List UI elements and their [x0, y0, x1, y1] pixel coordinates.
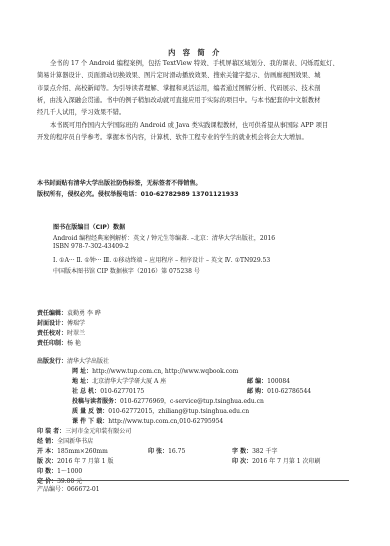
credit-printing: 责任印制：杨 艳 [37, 330, 81, 349]
text-line: 开发的程序员自学参考。掌握本书内容，计算机、软件工程专业的学生的就业机会将会大大… [37, 132, 349, 144]
summary-title: 内 容 简 介 [0, 48, 390, 58]
text-line: 析，由浅入深融会贯通。书中的例子稍加改动就可直接应用于实际的项目中。与本书配套的… [37, 95, 349, 107]
text-line: 经几千人试用，学习效果不错。 [37, 107, 349, 119]
cip-line-isbn: ISBN 978-7-302-43409-2 [53, 243, 129, 250]
text-line: 本书既可用作国内大学国际班的 Android 或 Java 类实践课程教材，也可… [37, 120, 349, 132]
cip-heading: 图书在版编目（CIP）数据 [53, 222, 125, 231]
credit-value: 杨 艳 [67, 340, 81, 347]
publisher-label: 出版发行： [37, 358, 67, 365]
text-line: 市景点介绍、高校新闻等。为引导读者理解、掌握和灵活运用，编者通过图解分析、代码展… [37, 83, 349, 95]
sheets: 印 张：16.75 [148, 438, 185, 457]
cip-line-classification: Ⅰ. ①A··· Ⅱ. ①钟··· Ⅲ. ①移动终端 – 应用程序 – 程序设计… [53, 255, 270, 264]
cip-line-number: 中国版本图书馆 CIP 数据核字（2016）第 075238 号 [53, 266, 200, 275]
impression: 印 次：2016 年 7 月第 1 次印刷 [232, 448, 321, 467]
product-code: 产品编号：066672-01 [37, 484, 100, 493]
credit-label: 责任印制： [37, 340, 67, 347]
anti-counterfeit-notice: 本书封面贴有清华大学出版社防伪标签，无标签者不得销售。 [37, 178, 202, 187]
summary-paragraph-2: 本书既可用作国内大学国际班的 Android 或 Java 类实践课程教材，也可… [37, 120, 349, 145]
summary-paragraph-1: 全书的 17 个 Android 编程案例，包括 TextView 特效、手机屏… [37, 58, 349, 119]
text-line: 全书的 17 个 Android 编程案例，包括 TextView 特效、手机屏… [37, 58, 349, 70]
text-line: 简易计算器设计、页面滑动切换效果、图片定时滑动播放效果、搜索关键字提示、仿画廊视… [37, 70, 349, 82]
copyright-notice: 版权所有，侵权必究。侵权举报电话：010-62782989 1370112193… [37, 189, 239, 198]
divider [37, 480, 349, 481]
cip-line-title: Android 编程经典案例解析：英文 / 钟元生等编著. –北京：清华大学出版… [53, 233, 275, 242]
